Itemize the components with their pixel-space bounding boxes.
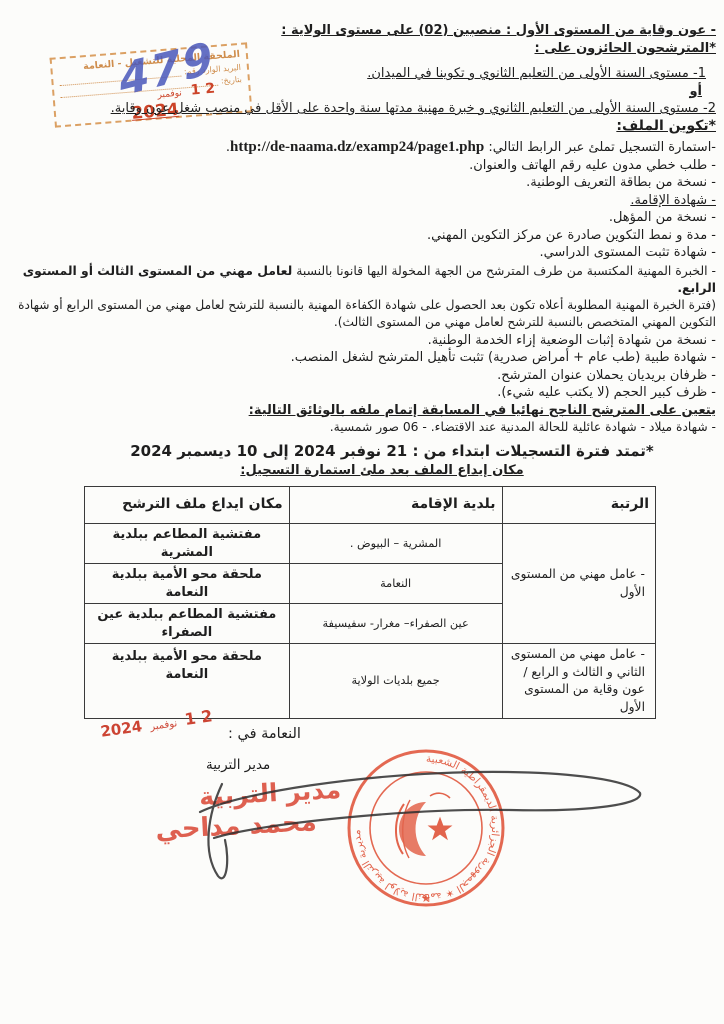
- file-item: - نسخة من بطاقة التعريف الوطنية.: [8, 174, 716, 192]
- file-item: - شهادة طبية (طب عام + أمراض صدرية) تثبت…: [8, 349, 716, 367]
- file-item: - طلب خطي مدون عليه رقم الهاتف والعنوان.: [8, 157, 716, 175]
- place-cell: مفتشية المطاعم ببلدية عين الصفراء: [85, 604, 290, 644]
- header-municipality: بلدية الإقامة: [289, 487, 502, 524]
- experience-note: (فترة الخبرة المهنية المطلوبة أعلاه تكون…: [8, 297, 716, 332]
- rank-cell: - عامل مهني من المستوى الأول: [502, 524, 655, 644]
- file-item: - شهادة الإقامة.: [8, 192, 716, 210]
- document-body: - عون وقاية من المستوى الأول : منصبين (0…: [8, 22, 716, 719]
- registration-url: http://de-naama.dz/examp24/page1.php: [230, 139, 484, 155]
- document-page: الملحقة المحلية للتشغيل - النعامة البريد…: [0, 0, 724, 1024]
- municipality-cell: النعامة: [289, 564, 502, 604]
- file-item: - ظرفان بريديان يحملان عنوان المترشح.: [8, 367, 716, 385]
- rank-cell: - عامل مهني من المستوى الثاني و الثالث و…: [502, 644, 655, 719]
- stamp-day: 2 1: [183, 706, 213, 729]
- stamp-month: نوفمبر: [150, 718, 178, 733]
- form-line-prefix: -استمارة التسجيل تملئ عبر الرابط التالي:: [484, 140, 716, 155]
- experience-text: - الخبرة المهنية المكتسبة من طرف المترشح…: [292, 263, 716, 278]
- registration-period-line: *تمتد فترة التسجيلات ابتداء من : 21 نوفب…: [128, 442, 656, 461]
- registration-form-line: -استمارة التسجيل تملئ عبر الرابط التالي:…: [8, 139, 716, 157]
- file-item: - ظرف كبير الحجم (لا يكتب عليه شيء).: [8, 384, 716, 402]
- final-docs-line: - شهادة ميلاد - شهادة عائلية للحالة المد…: [8, 419, 716, 437]
- file-item: - نسخة من شهادة إثبات الوضعية إزاء الخدم…: [8, 332, 716, 350]
- option-1: 1- مستوى السنة الأولى من التعليم الثانوي…: [8, 65, 706, 83]
- position-line: - عون وقاية من المستوى الأول : منصبين (0…: [8, 22, 716, 40]
- municipality-cell: المشرية – البيوض .: [289, 524, 502, 564]
- place-cell: مفتشية المطاعم ببلدية المشرية: [85, 524, 290, 564]
- deposit-instruction-line: مكان إيداع الملف بعد ملئ استمارة التسجيل…: [168, 462, 596, 480]
- file-item: - مدة و نمط التكوين صادرة عن مركز التكوي…: [8, 227, 716, 245]
- option-2: 2- مستوى السنة الأولى من التعليم الثانوي…: [8, 100, 716, 118]
- file-composition-title: *تكوين الملف:: [8, 118, 716, 136]
- file-item: - نسخة من المؤهل.: [8, 209, 716, 227]
- or-word: أو: [689, 83, 702, 101]
- experience-line: - الخبرة المهنية المكتسبة من طرف المترشح…: [8, 262, 716, 297]
- handwritten-signature: [172, 748, 664, 896]
- deposit-table: الرتبة بلدية الإقامة مكان ايداع ملف التر…: [84, 486, 656, 719]
- place-cell: ملحقة محو الأمية ببلدية النعامة: [85, 644, 290, 719]
- table-row: - عامل مهني من المستوى الثاني و الثالث و…: [85, 644, 656, 719]
- stamp-year: 2024: [99, 717, 143, 741]
- municipality-cell: جميع بلديات الولاية: [289, 644, 502, 719]
- place-cell: ملحقة محو الأمية ببلدية النعامة: [85, 564, 290, 604]
- signature-place-label: النعامة في :: [228, 726, 301, 742]
- table-row: - عامل مهني من المستوى الأول المشرية – ا…: [85, 524, 656, 564]
- candidates-line: *المترشحون الحائزون على :: [8, 40, 716, 58]
- table-header-row: الرتبة بلدية الإقامة مكان ايداع ملف التر…: [85, 487, 656, 524]
- header-deposit-place: مكان ايداع ملف الترشح: [85, 487, 290, 524]
- municipality-cell: عين الصفراء– مغرار- سفيسيفة: [289, 604, 502, 644]
- file-item: - شهادة تثبت المستوى الدراسي.: [8, 244, 716, 262]
- header-rank: الرتبة: [502, 487, 655, 524]
- final-winner-line: يتعين على المترشح الناجح نهائيا في المسا…: [8, 402, 716, 420]
